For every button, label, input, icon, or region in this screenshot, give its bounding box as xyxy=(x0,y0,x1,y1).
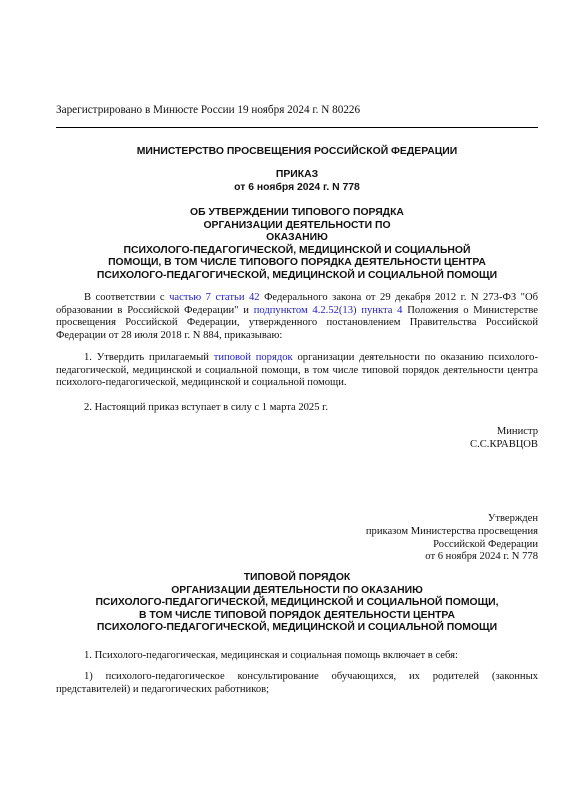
order-title-line: ОБ УТВЕРЖДЕНИИ ТИПОВОГО ПОРЯДКА xyxy=(56,207,538,220)
order-item-1: 1. Утвердить прилагаемый типовой порядок… xyxy=(56,352,538,390)
order-title-line: ПОМОЩИ, В ТОМ ЧИСЛЕ ТИПОВОГО ПОРЯДКА ДЕЯ… xyxy=(56,257,538,270)
order-title-line: ОКАЗАНИЮ xyxy=(56,232,538,245)
regulation-subpoint-link[interactable]: подпунктом 4.2.52(13) пункта 4 xyxy=(254,305,403,316)
order-title-line: ПСИХОЛОГО-ПЕДАГОГИЧЕСКОЙ, МЕДИЦИНСКОЙ И … xyxy=(56,245,538,258)
preamble-text: В соответствии с xyxy=(84,292,169,303)
order-title: ОБ УТВЕРЖДЕНИИ ТИПОВОГО ПОРЯДКА ОРГАНИЗА… xyxy=(56,207,538,283)
order-title-line: ОРГАНИЗАЦИИ ДЕЯТЕЛЬНОСТИ ПО xyxy=(56,220,538,233)
typical-title-line: ТИПОВОЙ ПОРЯДОК xyxy=(56,572,538,585)
order-date-number: от 6 ноября 2024 г. N 778 xyxy=(56,182,538,195)
signer-position: Министр xyxy=(238,426,538,439)
law-article-link[interactable]: частью 7 статьи 42 xyxy=(169,292,259,303)
typical-order-point-1: 1. Психолого-педагогическая, медицинская… xyxy=(56,650,538,663)
registration-note: Зарегистрировано в Минюсте России 19 ноя… xyxy=(56,103,360,117)
signature-block: Министр С.С.КРАВЦОВ xyxy=(238,426,538,452)
ministry-name: МИНИСТЕРСТВО ПРОСВЕЩЕНИЯ РОССИЙСКОЙ ФЕДЕ… xyxy=(56,146,538,159)
preamble-paragraph: В соответствии с частью 7 статьи 42 Феде… xyxy=(56,292,538,342)
typical-order-link[interactable]: типовой порядок xyxy=(214,352,293,363)
typical-order-title: ТИПОВОЙ ПОРЯДОК ОРГАНИЗАЦИИ ДЕЯТЕЛЬНОСТИ… xyxy=(56,572,538,635)
divider xyxy=(56,127,538,128)
approval-line: Утвержден xyxy=(238,513,538,526)
typical-title-line: ОРГАНИЗАЦИИ ДЕЯТЕЛЬНОСТИ ПО ОКАЗАНИЮ xyxy=(56,585,538,598)
order-type: ПРИКАЗ xyxy=(56,169,538,182)
typical-title-line: ПСИХОЛОГО-ПЕДАГОГИЧЕСКОЙ, МЕДИЦИНСКОЙ И … xyxy=(56,597,538,610)
order-title-line: ПСИХОЛОГО-ПЕДАГОГИЧЕСКОЙ, МЕДИЦИНСКОЙ И … xyxy=(56,270,538,283)
typical-title-line: ПСИХОЛОГО-ПЕДАГОГИЧЕСКОЙ, МЕДИЦИНСКОЙ И … xyxy=(56,622,538,635)
order-item-2: 2. Настоящий приказ вступает в силу с 1 … xyxy=(56,402,538,415)
signer-name: С.С.КРАВЦОВ xyxy=(238,439,538,452)
typical-title-line: В ТОМ ЧИСЛЕ ТИПОВОЙ ПОРЯДОК ДЕЯТЕЛЬНОСТИ… xyxy=(56,610,538,623)
approval-line: приказом Министерства просвещения xyxy=(238,526,538,539)
ministry-heading: МИНИСТЕРСТВО ПРОСВЕЩЕНИЯ РОССИЙСКОЙ ФЕДЕ… xyxy=(56,146,538,159)
approval-line: от 6 ноября 2024 г. N 778 xyxy=(238,551,538,564)
order-heading: ПРИКАЗ от 6 ноября 2024 г. N 778 xyxy=(56,169,538,194)
approval-stamp: Утвержден приказом Министерства просвеще… xyxy=(238,513,538,564)
typical-order-subpoint-1: 1) психолого-педагогическое консультиров… xyxy=(56,671,538,696)
item-text: 1. Утвердить прилагаемый xyxy=(84,352,214,363)
approval-line: Российской Федерации xyxy=(238,539,538,552)
